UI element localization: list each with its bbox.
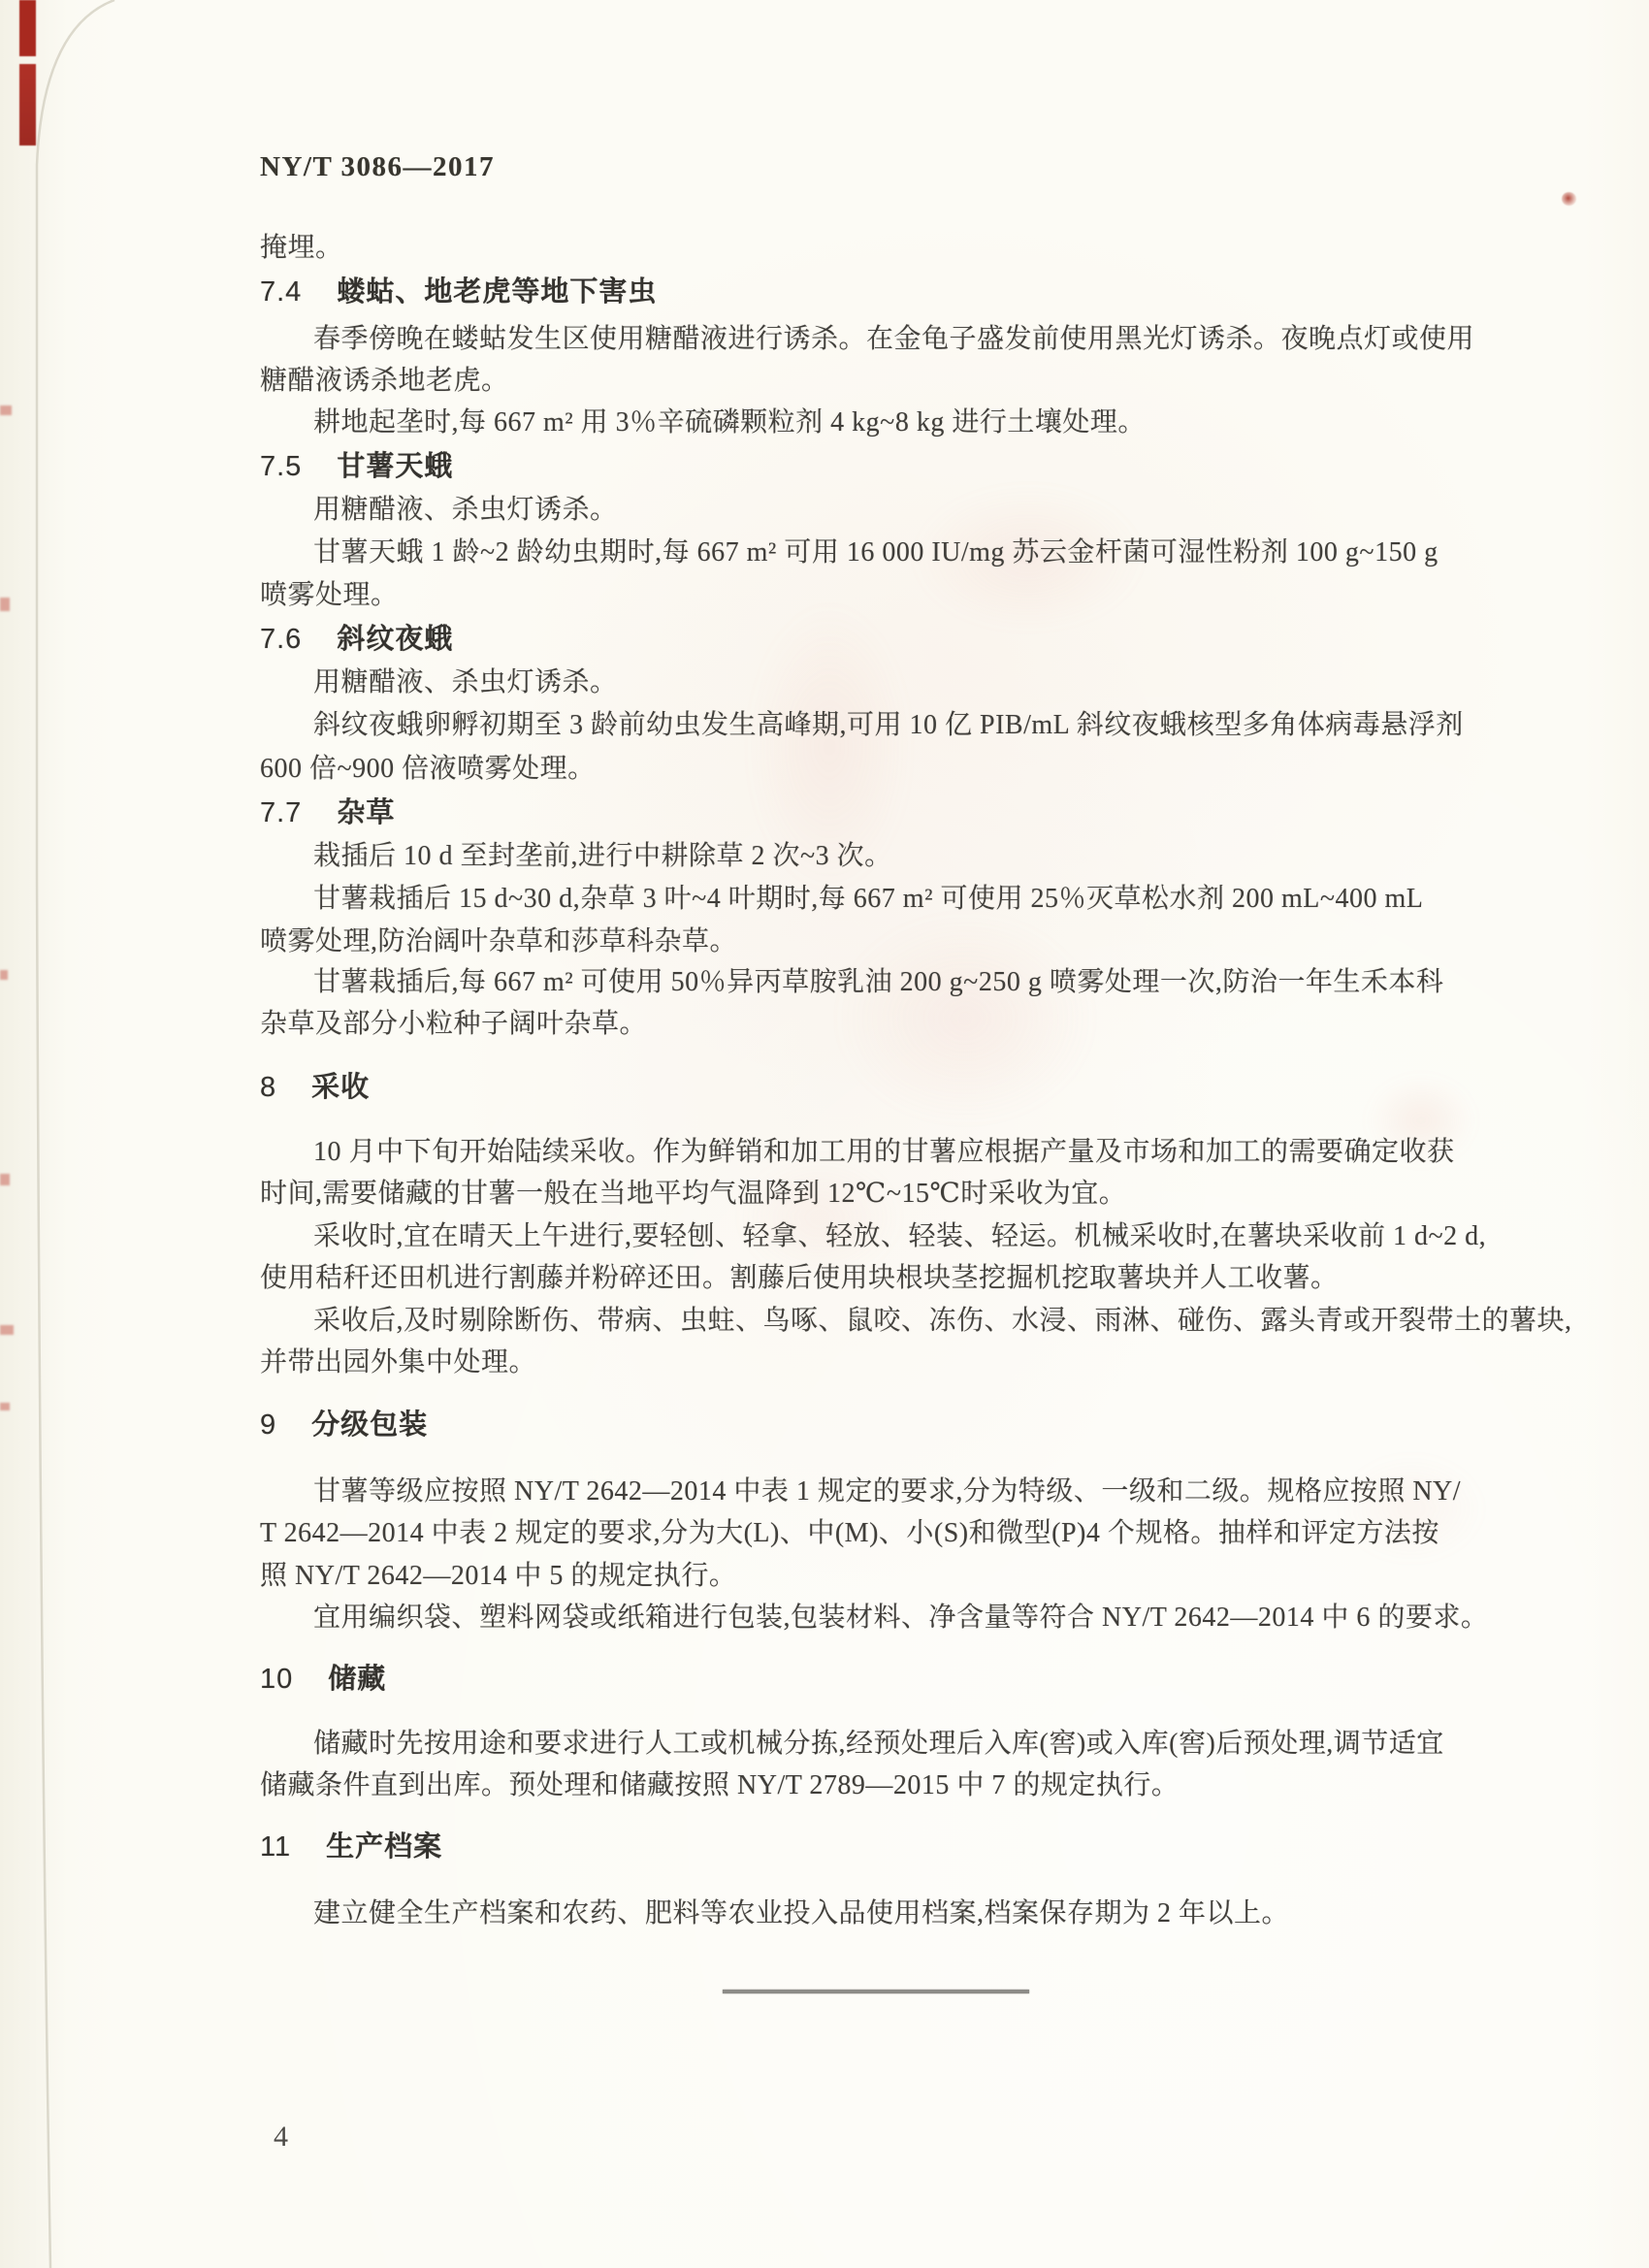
text-line: 10 月中下旬开始陆续采收。作为鲜销和加工用的甘薯应根据产量及市场和加工的需要确… (313, 1130, 1455, 1169)
text-line: 春季傍晚在蝼蛄发生区使用糖醋液进行诱杀。在金龟子盛发前使用黑光灯诱杀。夜晚点灯或… (313, 317, 1474, 356)
text-line: 宜用编织袋、塑料网袋或纸箱进行包装,包装材料、净含量等符合 NY/T 2642—… (313, 1596, 1488, 1635)
section-title: 甘薯天蛾 (337, 451, 453, 482)
scan-mark-red-tick (0, 1325, 14, 1335)
text-line: 用糖醋液、杀虫灯诱杀。 (313, 488, 618, 527)
text-line: 甘薯等级应按照 NY/T 2642—2014 中表 1 规定的要求,分为特级、一… (313, 1470, 1461, 1508)
text-line: 时间,需要储藏的甘薯一般在当地平均气温降到 12℃~15℃时采收为宜。 (260, 1172, 1126, 1211)
section-number: 7.6 (260, 624, 302, 656)
section-heading: 10储藏 (260, 1657, 386, 1697)
section-heading: 7.4蝼蛄、地老虎等地下害虫 (260, 270, 657, 309)
scan-mark-red-tick (0, 598, 10, 611)
text-line: 建立健全生产档案和农药、肥料等农业投入品使用档案,档案保存期为 2 年以上。 (313, 1892, 1289, 1930)
section-title: 斜纹夜蛾 (337, 624, 453, 655)
text-line: 照 NY/T 2642—2014 中 5 的规定执行。 (260, 1554, 736, 1593)
scan-mark-red-bar (19, 64, 36, 146)
section-title: 生产档案 (326, 1831, 442, 1863)
text-line: 采收时,宜在晴天上午进行,要轻刨、轻拿、轻放、轻装、轻运。机械采收时,在薯块采收… (313, 1215, 1486, 1253)
scan-mark-red-tick (0, 1174, 10, 1185)
section-number: 10 (260, 1664, 293, 1696)
text-line: 斜纹夜蛾卵孵初期至 3 龄前幼虫发生高峰期,可用 10 亿 PIB/mL 斜纹夜… (313, 703, 1464, 742)
text-line: 储藏条件直到出库。预处理和储藏按照 NY/T 2789—2015 中 7 的规定… (260, 1764, 1179, 1802)
text-line: 耕地起垄时,每 667 m² 用 3％辛硫磷颗粒剂 4 kg~8 kg 进行土壤… (313, 401, 1146, 439)
text-line: 用糖醋液、杀虫灯诱杀。 (313, 661, 618, 699)
ink-bleed-smudge (834, 912, 1096, 1125)
section-number: 11 (260, 1831, 291, 1863)
section-number: 7.4 (260, 276, 302, 308)
text-line: T 2642—2014 中表 2 规定的要求,分为大(L)、中(M)、小(S)和… (260, 1511, 1439, 1550)
section-title: 分级包装 (311, 1409, 428, 1441)
section-title: 采收 (311, 1072, 370, 1103)
section-heading: 7.5甘薯天蛾 (260, 444, 453, 484)
section-number: 9 (260, 1409, 276, 1442)
section-number: 8 (260, 1072, 276, 1104)
text-line: 掩埋。 (260, 226, 343, 265)
section-title: 储藏 (328, 1664, 386, 1695)
text-line: 采收后,及时剔除断伤、带病、虫蛀、鸟啄、鼠咬、冻伤、水浸、雨淋、碰伤、露头青或开… (313, 1299, 1572, 1338)
scan-mark-red-tick (0, 970, 8, 980)
text-line: 喷雾处理,防治阔叶杂草和莎草科杂草。 (260, 920, 737, 958)
text-line: 喷雾处理。 (260, 573, 399, 612)
section-heading: 8采收 (260, 1065, 370, 1105)
text-line: 并带出园外集中处理。 (260, 1341, 536, 1379)
section-number: 7.5 (260, 451, 302, 483)
text-line: 甘薯栽插后,每 667 m² 可使用 50％异丙草胺乳油 200 g~250 g… (313, 960, 1443, 999)
section-heading: 11生产档案 (260, 1825, 442, 1864)
text-line: 使用秸秆还田机进行割藤并粉碎还田。割藤后使用块根块茎挖掘机挖取薯块并人工收薯。 (260, 1256, 1339, 1295)
section-heading: 7.7杂草 (260, 791, 395, 830)
standard-number-header: NY/T 3086—2017 (260, 151, 495, 183)
end-of-text-rule (723, 1990, 1029, 1993)
text-line: 杂草及部分小粒种子阔叶杂草。 (260, 1002, 647, 1041)
scan-mark-red-dot (1562, 192, 1576, 206)
text-line: 甘薯栽插后 15 d~30 d,杂草 3 叶~4 叶期时,每 667 m² 可使… (313, 877, 1423, 916)
section-heading: 7.6斜纹夜蛾 (260, 617, 453, 657)
text-line: 栽插后 10 d 至封垄前,进行中耕除草 2 次~3 次。 (313, 834, 892, 873)
scan-mark-red-tick (0, 405, 12, 415)
text-line: 甘薯天蛾 1 龄~2 龄幼虫期时,每 667 m² 可用 16 000 IU/m… (313, 531, 1439, 569)
text-line: 600 倍~900 倍液喷雾处理。 (260, 747, 596, 786)
page-number: 4 (274, 2121, 288, 2154)
scan-mark-red-tick (0, 1403, 10, 1410)
text-line: 糖醋液诱杀地老虎。 (260, 359, 509, 398)
text-line: 储藏时先按用途和要求进行人工或机械分拣,经预处理后入库(窖)或入库(窖)后预处理… (313, 1722, 1444, 1761)
section-title: 杂草 (337, 797, 395, 828)
scanned-document-page: NY/T 3086—2017 掩埋。7.4蝼蛄、地老虎等地下害虫春季傍晚在蝼蛄发… (0, 0, 1649, 2268)
section-number: 7.7 (260, 797, 302, 829)
section-heading: 9分级包装 (260, 1403, 428, 1442)
scan-mark-red-bar (19, 0, 36, 56)
section-title: 蝼蛄、地老虎等地下害虫 (337, 276, 657, 308)
